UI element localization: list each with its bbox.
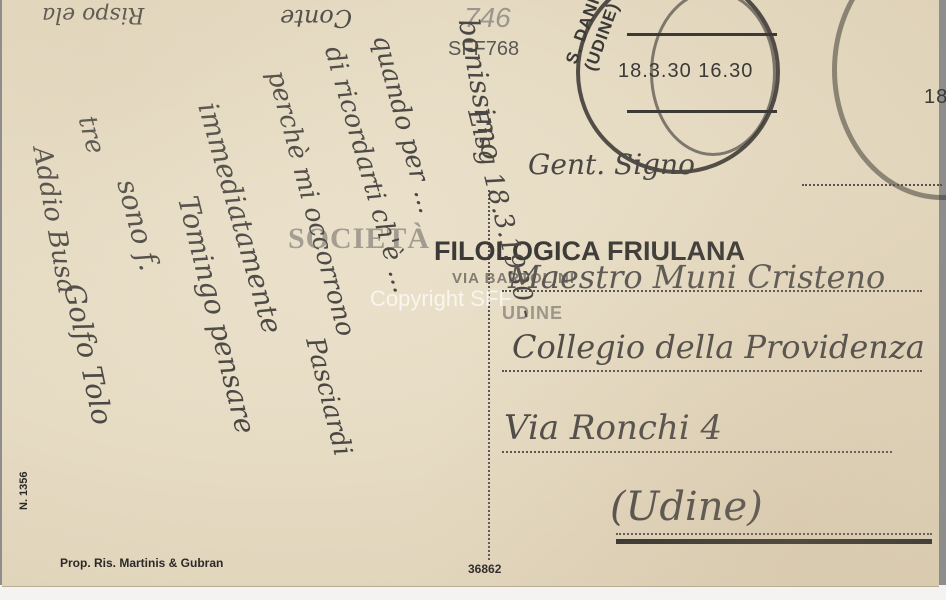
- page-background-strip: [0, 585, 946, 600]
- postmark-right-date: 18: [924, 86, 946, 109]
- address-street: Via Ronchi 4: [504, 408, 722, 448]
- stamp-area-dotted-line: [802, 184, 942, 186]
- salutation: Gent. Signo: [528, 148, 695, 181]
- address-line-4: [616, 533, 932, 535]
- postmark-bar-bottom: [627, 110, 777, 113]
- postmark-bar-top: [627, 33, 777, 36]
- message-signature: Addio Busa: [26, 144, 97, 386]
- message-line-10: tre: [72, 113, 111, 158]
- address-underline-bar: [616, 539, 932, 544]
- address-line-3: [502, 451, 892, 453]
- publisher-imprint: Prop. Ris. Martinis & Gubran: [60, 556, 223, 570]
- postmark-date: 18.3.30 16.30: [618, 60, 753, 83]
- postcard-back: 746 SFF768 S. DANIELE (UDINE) 18.3.30 16…: [2, 0, 939, 587]
- address-line-2: [502, 370, 922, 372]
- address-institution: Collegio della Providenza: [512, 328, 925, 366]
- message-line-2: Conte: [280, 4, 352, 32]
- card-number: N. 1356: [18, 471, 30, 510]
- message-line-1: Rispo ela: [42, 2, 144, 27]
- address-line-1: [502, 290, 922, 292]
- address-city: (Udine): [610, 484, 763, 530]
- serial-number: 36862: [468, 562, 501, 576]
